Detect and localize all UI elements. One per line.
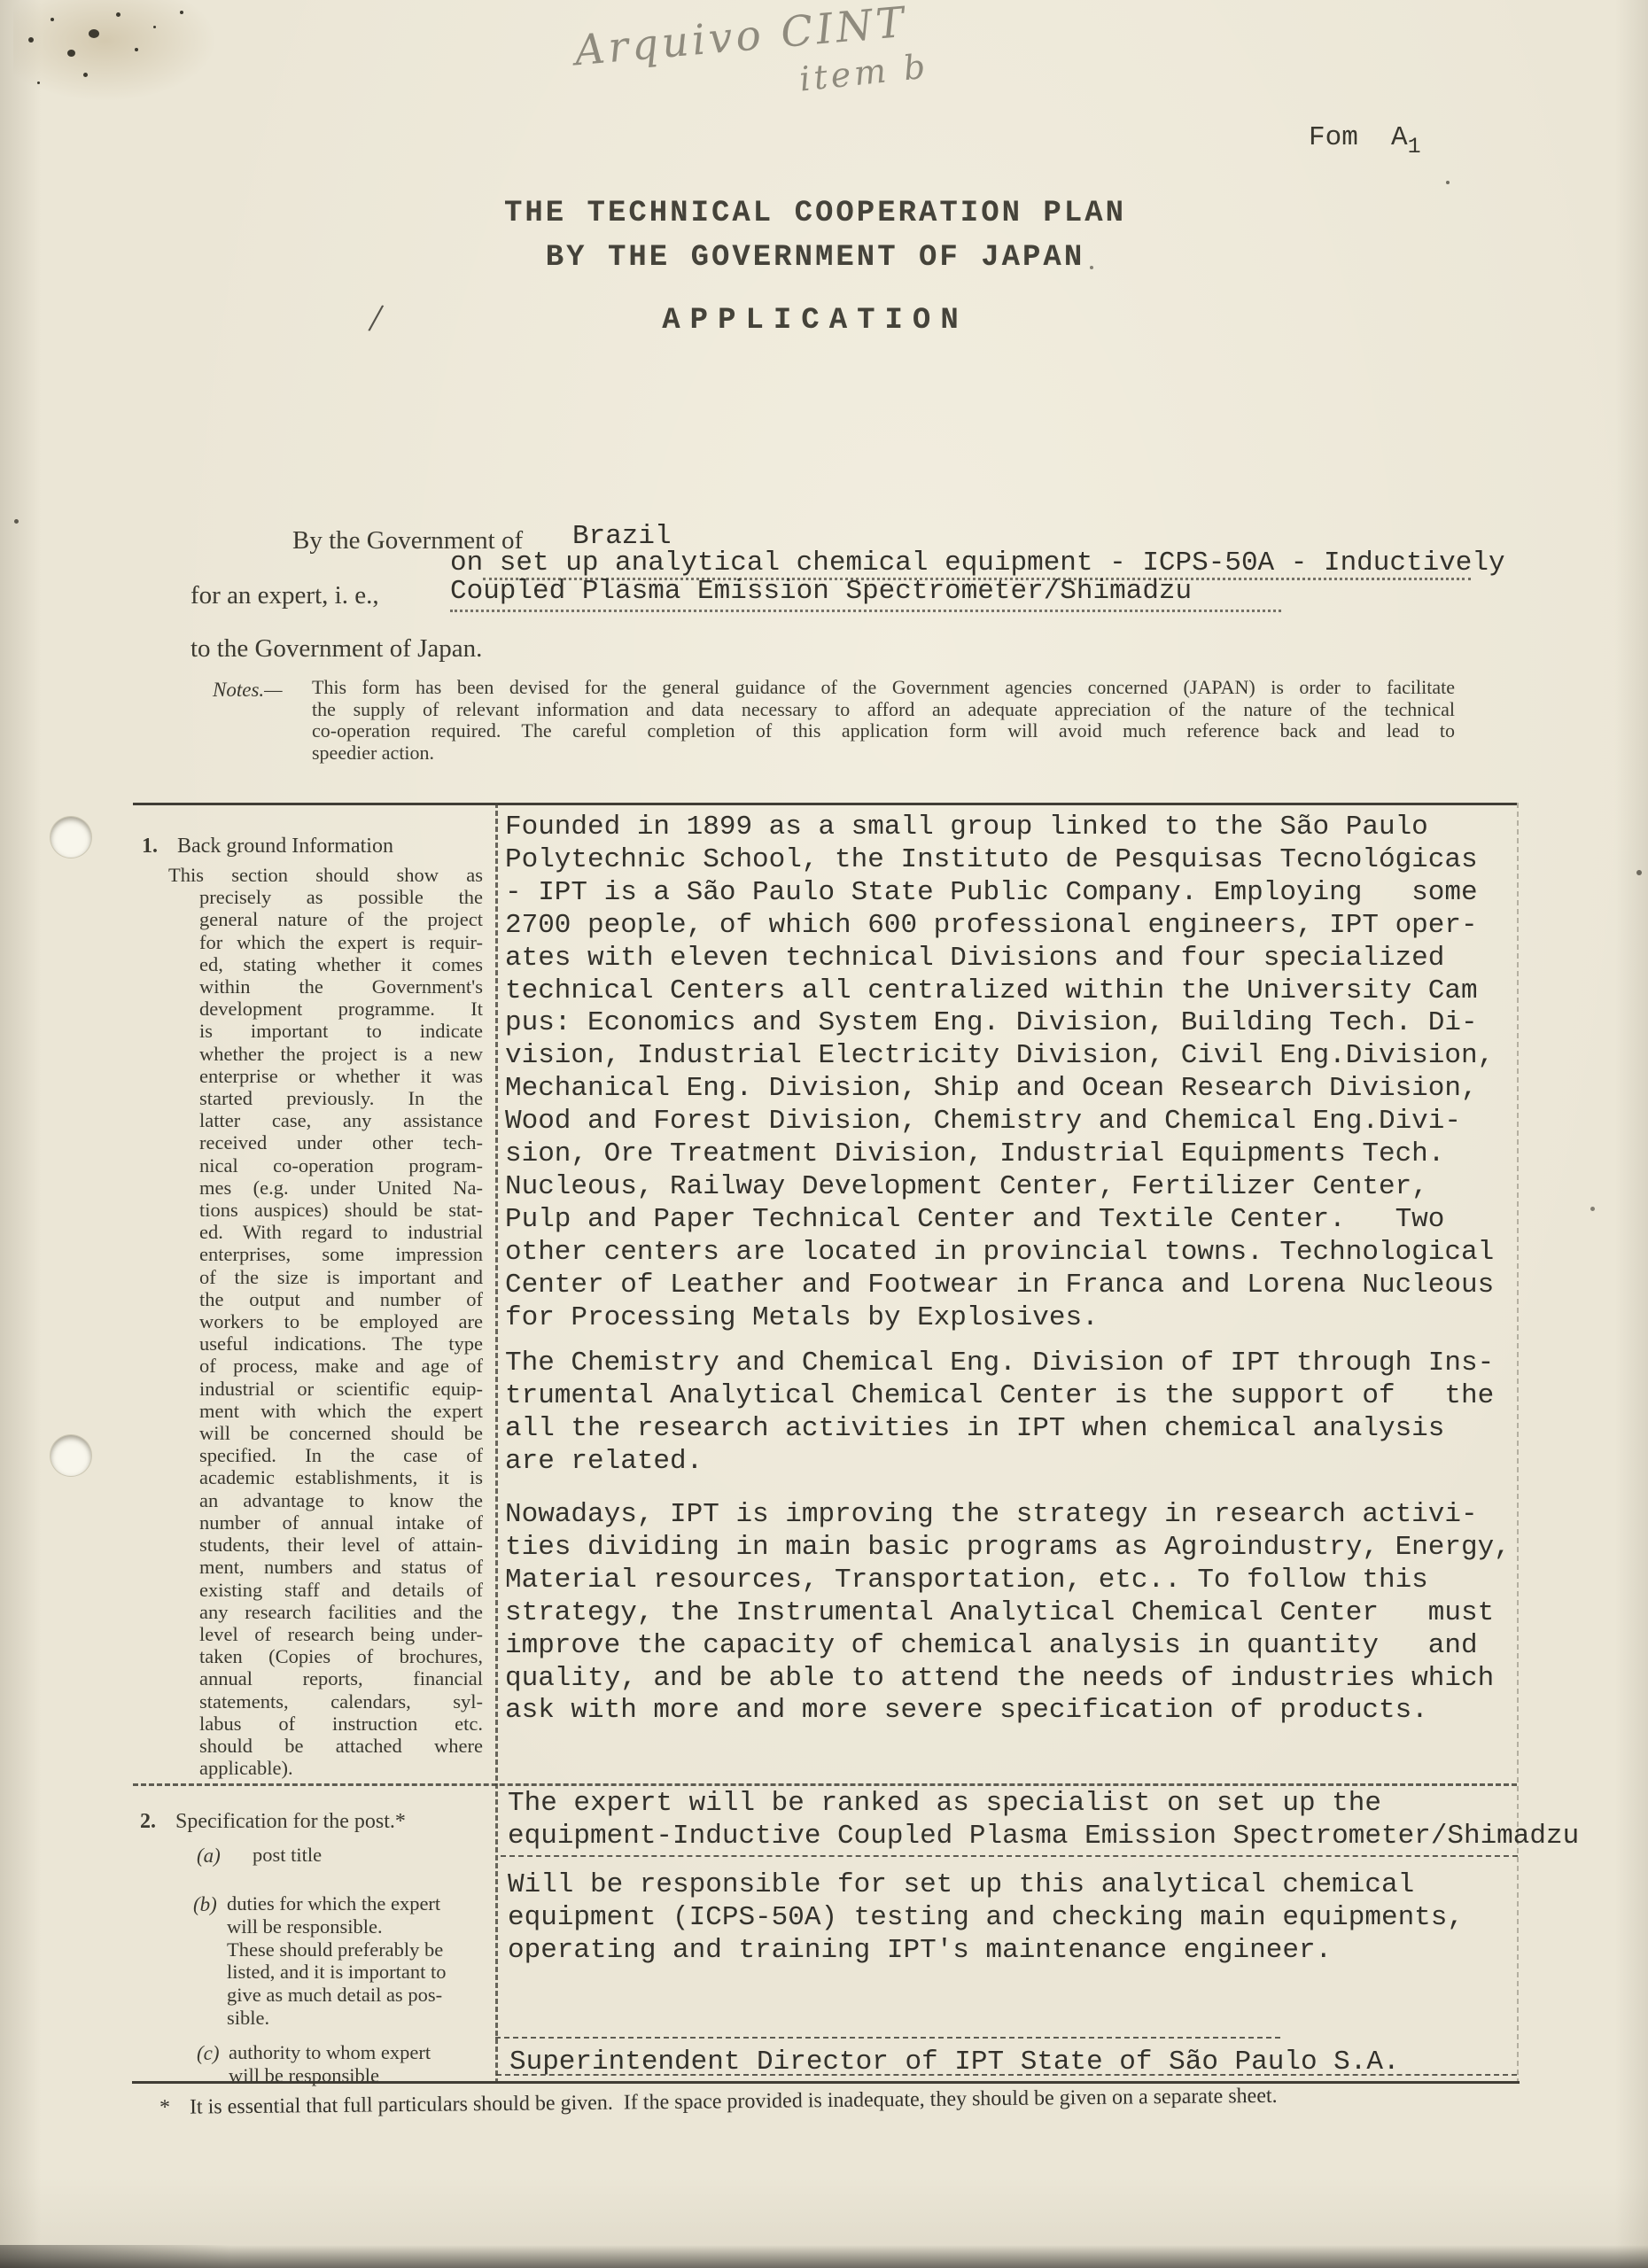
section1-answer-paragraph-2: The Chemistry and Chemical Eng. Division…: [505, 1348, 1533, 1479]
text-line: ed, stating whether it comes: [199, 953, 483, 975]
text-line: ment, numbers and status of: [199, 1556, 483, 1578]
title-line-2: BY THE GOVERNMENT OF JAPAN: [492, 236, 1139, 280]
text-line: latter case, any assistance: [199, 1109, 483, 1131]
item-c-label: (c): [197, 2042, 220, 2065]
text-line: pus: Economics and System Eng. Division,…: [505, 1007, 1533, 1040]
text-line: give as much detail as pos-: [227, 1984, 489, 2007]
text-line: Mechanical Eng. Division, Ship and Ocean…: [505, 1073, 1533, 1106]
item-c-text: authority to whom expertwill be responsi…: [229, 2041, 487, 2087]
text-line: of the size is important and: [199, 1266, 483, 1288]
text-line: This form has been devised for the gener…: [312, 677, 1455, 699]
text-line: technical Centers all centralized within…: [505, 975, 1533, 1008]
text-line: post title: [253, 1844, 509, 1867]
document-title: THE TECHNICAL COOPERATION PLAN BY THE GO…: [492, 191, 1139, 343]
text-line: the output and number of: [199, 1288, 483, 1310]
paper-stain: [13, 0, 217, 102]
text-line: enterprises, some impression: [199, 1243, 483, 1265]
speck: [135, 48, 138, 51]
text-line: for which the expert is requir-: [199, 931, 483, 953]
text-line: received under other tech-: [199, 1131, 483, 1153]
text-line: duties for which the expert: [227, 1892, 489, 1915]
speck: [1590, 1207, 1595, 1211]
text-line: whether the project is a new: [199, 1043, 483, 1065]
text-line: strategy, the Instrumental Analytical Ch…: [505, 1597, 1533, 1630]
column-divider: [495, 803, 498, 2084]
text-line: listed, and it is important to: [227, 1961, 489, 1984]
text-line: an advantage to know the: [199, 1489, 483, 1511]
text-line: equipment (ICPS-50A) testing and checkin…: [508, 1902, 1535, 1935]
text-line: enterprise or whether it was: [199, 1065, 483, 1087]
text-line: - IPT is a São Paulo State Public Compan…: [505, 877, 1533, 910]
footnote-text: It is essential that full particulars sh…: [190, 2085, 1278, 2119]
text-line: co-operation required. The careful compl…: [312, 720, 1455, 742]
text-line: precisely as possible the: [199, 886, 483, 908]
title-line-1: THE TECHNICAL COOPERATION PLAN: [492, 191, 1139, 236]
table-top-rule: [133, 803, 1517, 805]
notes-label: Notes.—: [213, 679, 283, 702]
text-line: academic establishments, it is: [199, 1466, 483, 1488]
speck: [83, 73, 88, 77]
text-line: ask with more and more severe specificat…: [505, 1695, 1533, 1728]
text-line: started previously. In the: [199, 1087, 483, 1109]
text-line: of process, make and age of: [199, 1355, 483, 1377]
text-line: other centers are located in provincial …: [505, 1237, 1533, 1270]
expert-value-line1: on set up analytical chemical equipment …: [450, 548, 1505, 579]
text-line: The Chemistry and Chemical Eng. Division…: [505, 1348, 1533, 1380]
text-line: will be responsible.: [227, 1915, 489, 1938]
text-line: Will be responsible for set up this anal…: [508, 1869, 1535, 1902]
speck: [67, 50, 75, 57]
text-line: tions auspices) should be stat-: [199, 1199, 483, 1221]
text-line: any research facilities and the: [199, 1601, 483, 1623]
text-line: within the Government's: [199, 975, 483, 998]
text-line: speedier action.: [312, 742, 1455, 765]
text-line: number of annual intake of: [199, 1511, 483, 1534]
text-line: all the research activities in IPT when …: [505, 1413, 1533, 1446]
text-line: sible.: [227, 2007, 489, 2030]
text-line: statements, calendars, syl-: [199, 1690, 483, 1713]
text-line: improve the capacity of chemical analysi…: [505, 1630, 1533, 1663]
text-line: nical co-operation program-: [199, 1154, 483, 1177]
speck: [28, 37, 34, 43]
expert-label: for an expert, i. e.,: [190, 581, 379, 610]
text-line: is important to indicate: [199, 1020, 483, 1042]
section1-heading: Back ground Information: [177, 835, 393, 858]
text-line: annual reports, financial: [199, 1667, 483, 1689]
text-line: are related.: [505, 1446, 1533, 1479]
text-line: Polytechnic School, the Instituto de Pes…: [505, 844, 1533, 877]
text-line: will be concerned should be: [199, 1422, 483, 1444]
footnote-marker: *: [159, 2096, 170, 2119]
notes-text: This form has been devised for the gener…: [312, 677, 1455, 764]
footnote: *It is essential that full particulars s…: [159, 2082, 1528, 2120]
speck: [153, 26, 156, 28]
text-line: useful indications. The type: [199, 1332, 483, 1355]
speck: [14, 519, 19, 524]
item-a-text: post title: [253, 1844, 509, 1867]
form-code-text: Fom A: [1309, 122, 1408, 153]
text-line: the supply of relevant information and d…: [312, 699, 1455, 721]
speck: [89, 29, 99, 38]
text-line: Nowadays, IPT is improving the strategy …: [505, 1499, 1533, 1532]
text-line: sion, Ore Treatment Division, Industrial…: [505, 1138, 1533, 1171]
text-line: applicable).: [199, 1757, 483, 1779]
text-line: will be responsible: [229, 2064, 487, 2087]
text-line: vision, Industrial Electricity Division,…: [505, 1040, 1533, 1073]
application-heading: APPLICATION: [492, 299, 1139, 343]
text-line: mes (e.g. under United Na-: [199, 1177, 483, 1199]
text-line: Center of Leather and Footwear in Franca…: [505, 1270, 1533, 1302]
punch-hole: [51, 817, 91, 858]
text-line: specified. In the case of: [199, 1444, 483, 1466]
text-line: ed. With regard to industrial: [199, 1221, 483, 1243]
scanned-application-form: Arquivo CINT item b / Fom A1 THE TECHNIC…: [0, 0, 1648, 2268]
text-line: Material resources, Transportation, etc.…: [505, 1565, 1533, 1597]
section1-guidance: This section should show asprecisely as …: [199, 864, 483, 1779]
text-line: general nature of the project: [199, 908, 483, 930]
item-b-text: duties for which the expertwill be respo…: [227, 1892, 489, 2030]
speck: [1446, 181, 1450, 184]
section1-answer-paragraph-1: Founded in 1899 as a small group linked …: [505, 812, 1533, 1335]
text-line: 2700 people, of which 600 professional e…: [505, 910, 1533, 943]
text-line: existing staff and details of: [199, 1579, 483, 1601]
expert-value-line2: Coupled Plasma Emission Spectrometer/Shi…: [450, 576, 1192, 607]
text-line: workers to be employed are: [199, 1310, 483, 1332]
form-code-subscript: 1: [1408, 134, 1421, 159]
text-line: These should preferably be: [227, 1938, 489, 1961]
text-line: Superintendent Director of IPT State of …: [509, 2047, 1537, 2079]
speck: [180, 11, 183, 14]
speck: [37, 82, 40, 84]
to-government-label: to the Government of Japan.: [190, 634, 482, 664]
text-line: ates with eleven technical Divisions and…: [505, 943, 1533, 975]
text-line: development programme. It: [199, 998, 483, 1020]
item-a-label: (a): [197, 1845, 221, 1868]
text-line: should be attached where: [199, 1735, 483, 1757]
pen-slash-mark: /: [366, 293, 385, 341]
text-line: Pulp and Paper Technical Center and Text…: [505, 1204, 1533, 1237]
text-line: This section should show as: [168, 864, 483, 886]
item-b-answer: Will be responsible for set up this anal…: [508, 1869, 1535, 1968]
form-code: Fom A1: [1309, 122, 1421, 159]
text-line: labus of instruction etc.: [199, 1713, 483, 1735]
section1-answer-paragraph-3: Nowadays, IPT is improving the strategy …: [505, 1499, 1533, 1728]
speck: [1636, 870, 1642, 875]
text-line: level of research being under-: [199, 1623, 483, 1645]
text-line: Wood and Forest Division, Chemistry and …: [505, 1106, 1533, 1138]
dotted-rule: [450, 610, 1281, 612]
punch-hole: [51, 1435, 91, 1476]
speck: [51, 18, 54, 21]
section1-number: 1.: [142, 835, 158, 858]
text-line: Nucleous, Railway Development Center, Fe…: [505, 1171, 1533, 1204]
section-divider: [133, 1783, 1517, 1786]
text-line: equipment-Inductive Coupled Plasma Emiss…: [508, 1821, 1624, 1853]
page-edge-shadow: [0, 2245, 1648, 2268]
text-line: trumental Analytical Chemical Center is …: [505, 1380, 1533, 1413]
row-divider-c: [495, 2037, 1280, 2039]
speck: [116, 12, 120, 17]
text-line: ment with which the expert: [199, 1400, 483, 1422]
item-b-label: (b): [193, 1893, 217, 1916]
item-a-answer: The expert will be ranked as specialist …: [508, 1788, 1624, 1853]
text-line: authority to whom expert: [229, 2041, 487, 2064]
section2-heading: Specification for the post.*: [175, 1810, 406, 1834]
text-line: operating and training IPT's maintenance…: [508, 1935, 1535, 1968]
item-c-answer: Superintendent Director of IPT State of …: [509, 2047, 1537, 2079]
text-line: industrial or scientific equip-: [199, 1378, 483, 1400]
text-line: quality, and be able to attend the needs…: [505, 1663, 1533, 1696]
text-line: for Processing Metals by Explosives.: [505, 1302, 1533, 1335]
section2-number: 2.: [140, 1810, 156, 1834]
text-line: taken (Copies of brochures,: [199, 1645, 483, 1667]
text-line: ties dividing in main basic programs as …: [505, 1532, 1533, 1565]
text-line: Founded in 1899 as a small group linked …: [505, 812, 1533, 844]
row-divider-a: [501, 1855, 1518, 1857]
text-line: The expert will be ranked as specialist …: [508, 1788, 1624, 1821]
text-line: students, their level of attain-: [199, 1534, 483, 1556]
